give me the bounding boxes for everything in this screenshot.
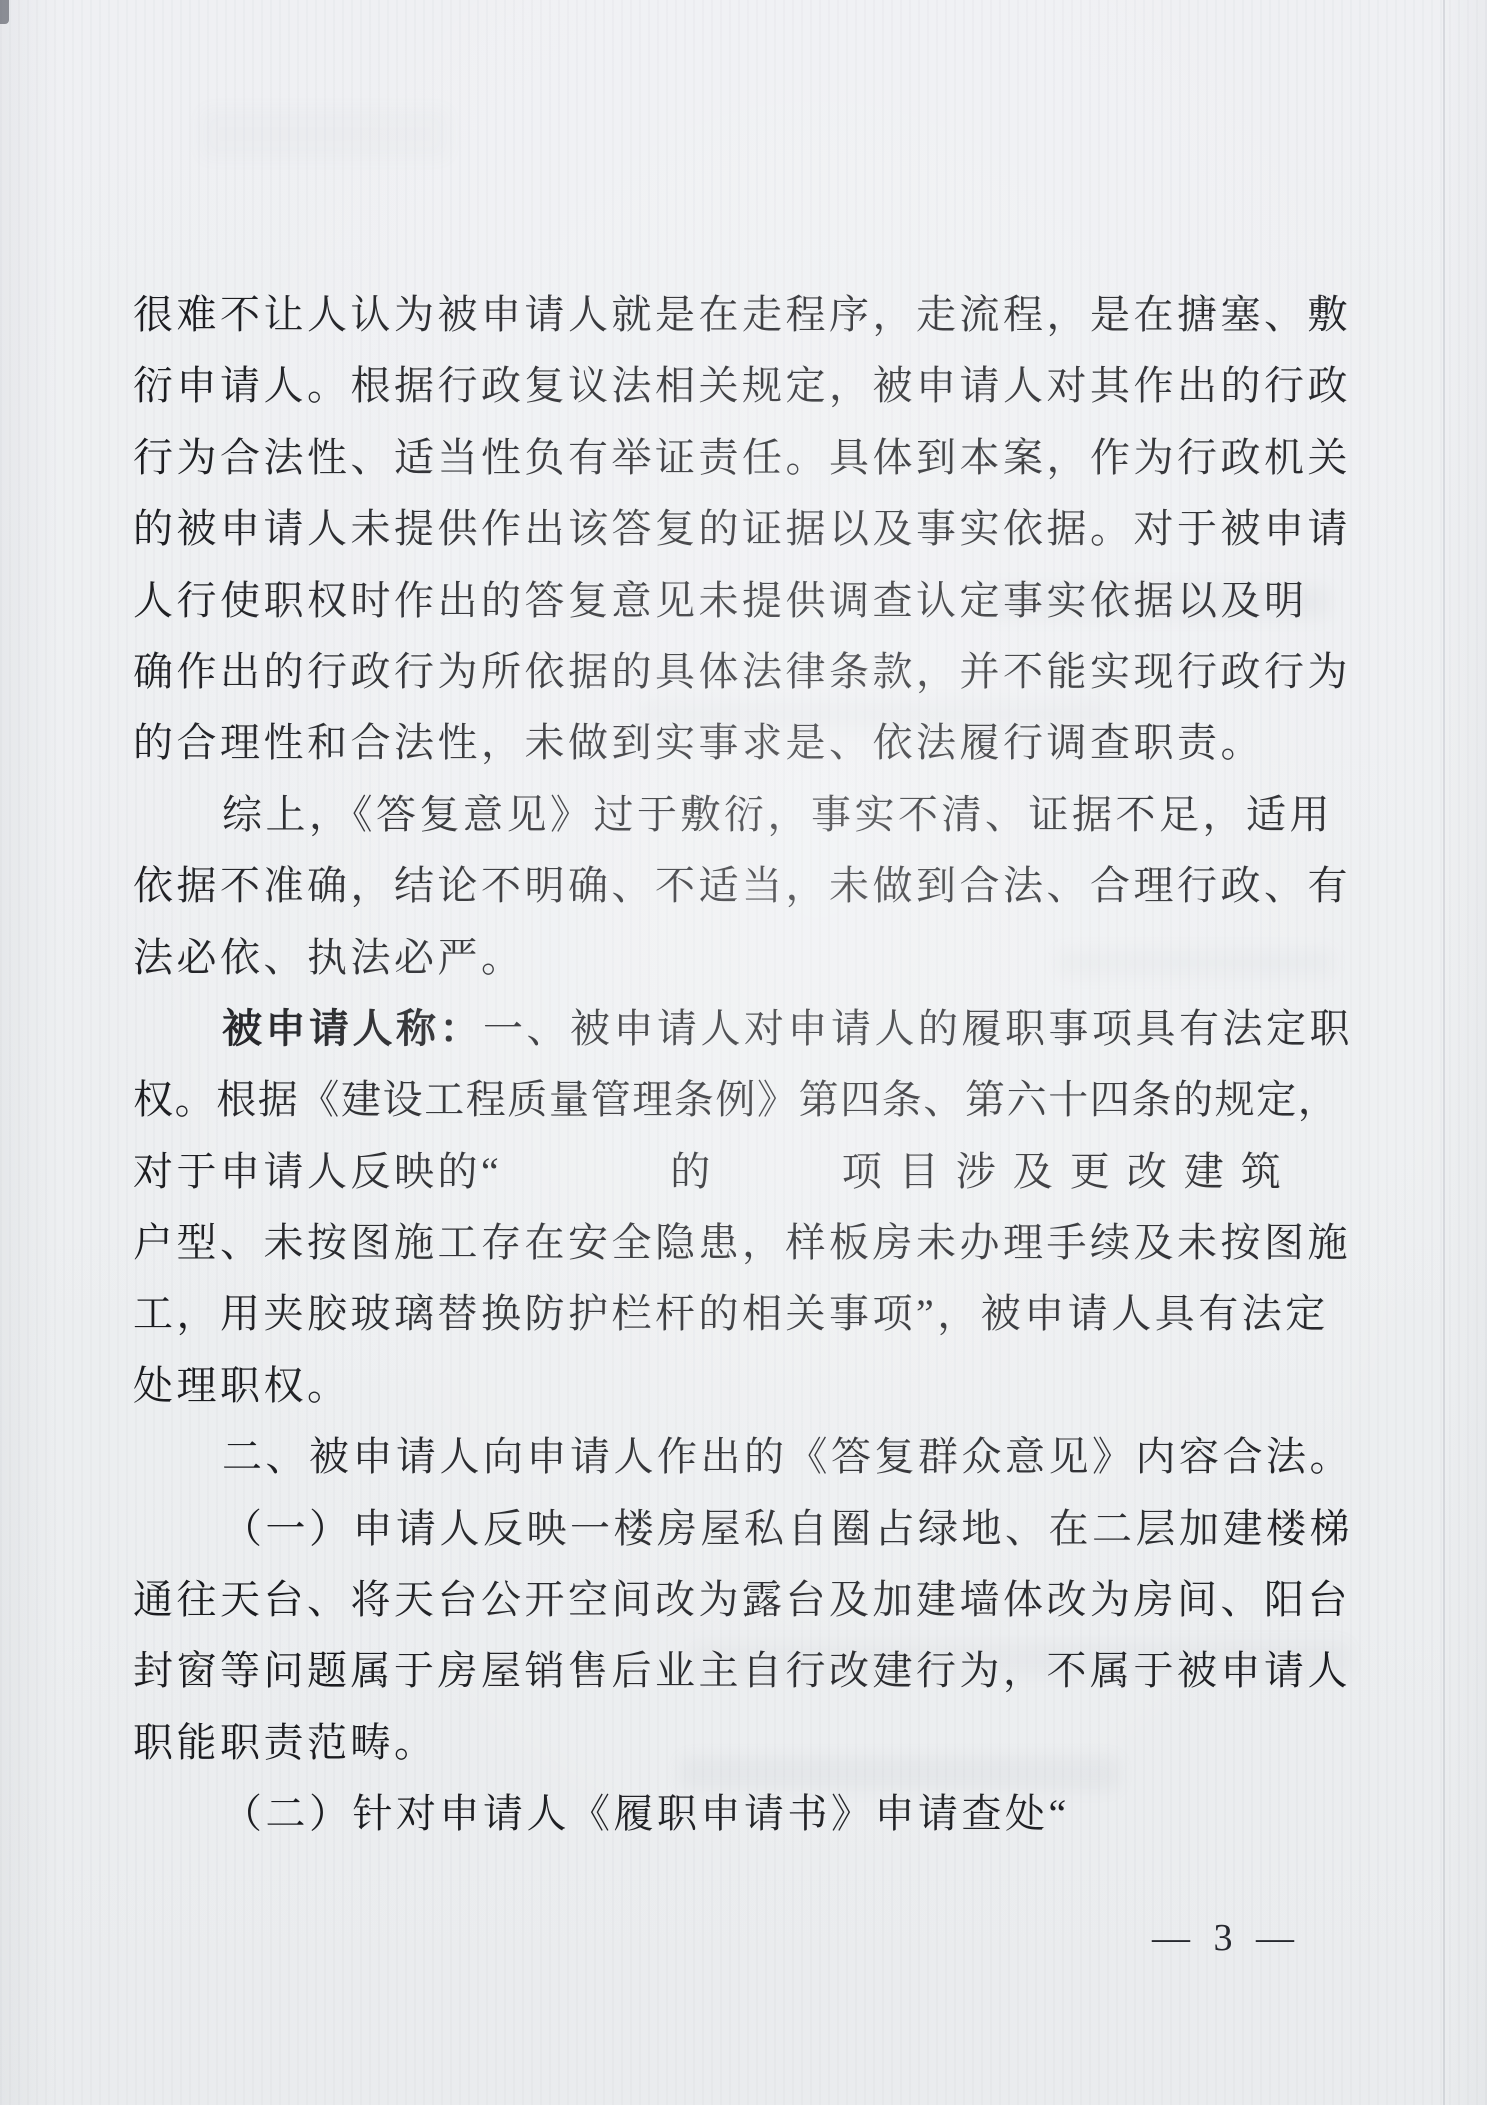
text-line: 权。根据《建设工程质量管理条例》第四条、第六十四条的规定， xyxy=(133,1064,1365,1135)
text-line: 工，用夹胶玻璃替换防护栏杆的相关事项”，被申请人具有法定 xyxy=(133,1278,1365,1349)
text-line-paragraph-start: 被申请人称：一、被申请人对申请人的履职事项具有法定职 xyxy=(133,993,1365,1064)
text-line: 处理职权。 xyxy=(133,1350,1365,1421)
page-number: — 3 — xyxy=(1152,1916,1301,1960)
document-body: 很难不让人认为被申请人就是在走程序，走流程，是在搪塞、敷 衍申请人。根据行政复议… xyxy=(133,279,1365,1850)
text-line: 封窗等问题属于房屋销售后业主自行改建行为，不属于被申请人 xyxy=(133,1635,1365,1706)
text-line: 依据不准确，结论不明确、不适当，未做到合法、合理行政、有 xyxy=(133,850,1365,921)
text-line: 的合理性和合法性，未做到实事求是、依法履行调查职责。 xyxy=(133,707,1365,778)
text-line: 法必依、执法必严。 xyxy=(133,922,1365,993)
scan-corner-artifact xyxy=(0,0,9,24)
text-segment: 对于申请人反映的“ xyxy=(133,1136,502,1207)
text-line: 通往天台、将天台公开空间改为露台及加建墙体改为房间、阳台 xyxy=(133,1564,1365,1635)
text-line-paragraph-start: 二、被申请人向申请人作出的《答复群众意见》内容合法。 xyxy=(133,1421,1365,1492)
text-segment: 项目涉及更改建筑 xyxy=(842,1136,1298,1207)
text-line-paragraph-start: （二）针对申请人《履职申请书》申请查处“ xyxy=(133,1778,1365,1849)
text-line: 职能职责范畴。 xyxy=(133,1707,1365,1778)
text-segment: 一、被申请人对申请人的履职事项具有法定职 xyxy=(483,1006,1353,1051)
text-line: 的被申请人未提供作出该答复的证据以及事实依据。对于被申请 xyxy=(133,493,1365,564)
bold-lead-in: 被申请人称： xyxy=(222,1006,483,1051)
text-segment: 的 xyxy=(670,1136,714,1207)
text-line-paragraph-start: （一）申请人反映一楼房屋私自圈占绿地、在二层加建楼梯 xyxy=(133,1493,1365,1564)
text-line: 人行使职权时作出的答复意见未提供调查认定事实依据以及明 xyxy=(133,565,1365,636)
scanned-document-page: 很难不让人认为被申请人就是在走程序，走流程，是在搪塞、敷 衍申请人。根据行政复议… xyxy=(0,0,1487,2105)
scan-edge-line xyxy=(1443,0,1445,2105)
text-line: 衍申请人。根据行政复议法相关规定，被申请人对其作出的行政 xyxy=(133,350,1365,421)
text-line-paragraph-start: 综上，《答复意见》过于敷衍，事实不清、证据不足，适用 xyxy=(133,779,1365,850)
text-line: 很难不让人认为被申请人就是在走程序，走流程，是在搪塞、敷 xyxy=(133,279,1365,350)
bleed-through-artifact xyxy=(200,108,450,160)
text-line: 确作出的行政行为所依据的具体法律条款，并不能实现行政行为 xyxy=(133,636,1365,707)
text-line-with-redactions: 对于申请人反映的“ 的 项目涉及更改建筑 xyxy=(133,1136,1365,1207)
text-line: 行为合法性、适当性负有举证责任。具体到本案，作为行政机关 xyxy=(133,422,1365,493)
text-line: 户型、未按图施工存在安全隐患，样板房未办理手续及未按图施 xyxy=(133,1207,1365,1278)
